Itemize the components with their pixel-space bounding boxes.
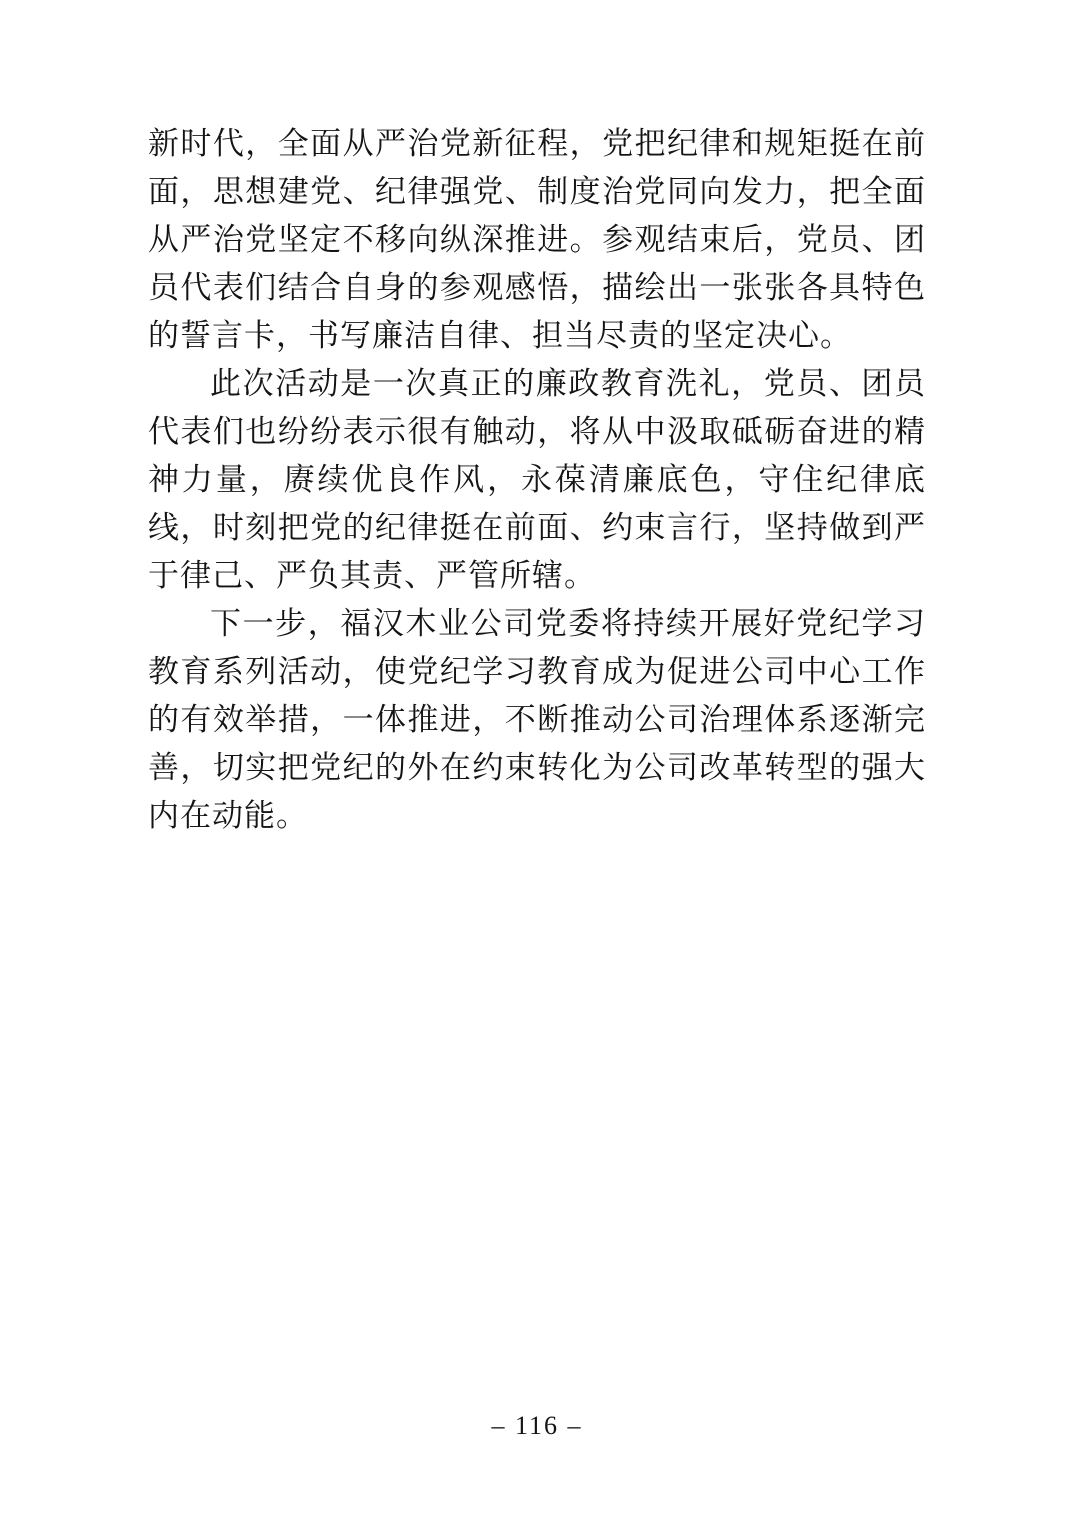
paragraph: 此次活动是一次真正的廉政教育洗礼，党员、团员代表们也纷纷表示很有触动，将从中汲取… (148, 360, 926, 600)
paragraph: 下一步，福汉木业公司党委将持续开展好党纪学习教育系列活动，使党纪学习教育成为促进… (148, 600, 926, 840)
document-body: 新时代，全面从严治党新征程，党把纪律和规矩挺在前面，思想建党、纪律强党、制度治党… (148, 120, 926, 840)
paragraph-continuation: 新时代，全面从严治党新征程，党把纪律和规矩挺在前面，思想建党、纪律强党、制度治党… (148, 120, 926, 360)
document-page: 新时代，全面从严治党新征程，党把纪律和规矩挺在前面，思想建党、纪律强党、制度治党… (0, 0, 1074, 1520)
page-number: – 116 – (0, 1406, 1074, 1446)
